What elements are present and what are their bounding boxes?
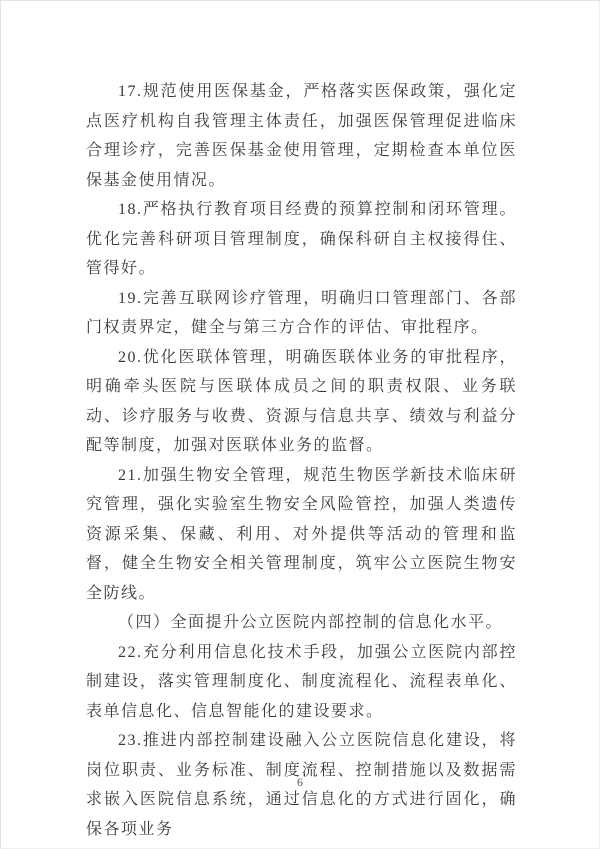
paragraph: 19.完善互联网诊疗管理，明确归口管理部门、各部门权责界定，健全与第三方合作的评… [86,284,517,343]
paragraph: 21.加强生物安全管理，规范生物医学新技术临床研究管理，强化实验室生物安全风险管… [86,461,517,609]
paragraph: 18.严格执行教育项目经费的预算控制和闭环管理。优化完善科研项目管理制度，确保科… [86,195,517,284]
page-number: 6 [1,775,599,790]
paragraph: 17.规范使用医保基金，严格落实医保政策，强化定点医疗机构自我管理主体责任，加强… [86,77,517,195]
document-page: 17.规范使用医保基金，严格落实医保政策，强化定点医疗机构自我管理主体责任，加强… [0,0,600,849]
paragraph: 20.优化医联体管理，明确医联体业务的审批程序，明确牵头医院与医联体成员之间的职… [86,343,517,461]
section-heading: （四）全面提升公立医院内部控制的信息化水平。 [86,608,517,638]
paragraph: 22.充分利用信息化技术手段，加强公立医院内部控制建设，落实管理制度化、制度流程… [86,638,517,727]
document-body: 17.规范使用医保基金，严格落实医保政策，强化定点医疗机构自我管理主体责任，加强… [86,77,517,844]
